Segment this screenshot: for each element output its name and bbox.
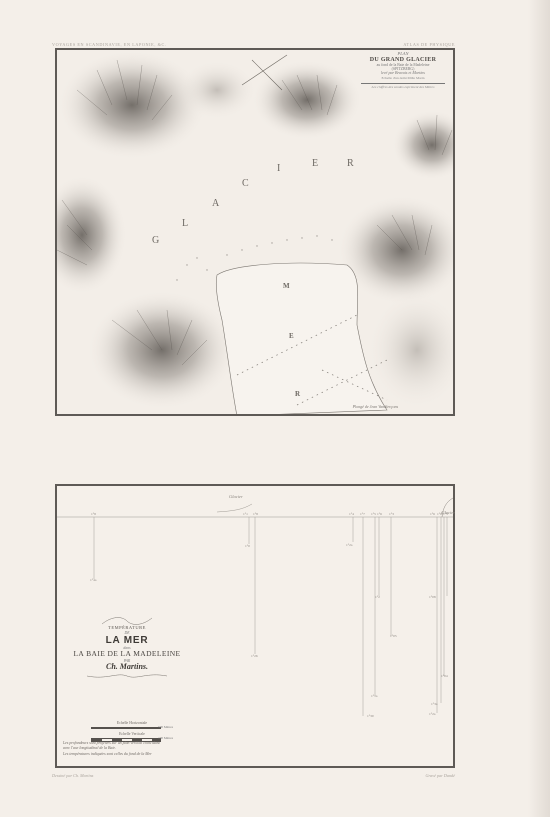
sounding-bottom-label: 1°05 — [390, 634, 397, 638]
diagram-notes: Les profondeurs sont projetées sur un pl… — [63, 741, 198, 757]
glacier-tag-top: Glacier — [229, 494, 243, 499]
sounding-surface-label: 1°5 — [443, 512, 448, 516]
note-line: Les températures indiquées sont celles d… — [63, 752, 198, 757]
sounding-surface-label: 1°6 — [377, 512, 382, 516]
diagram-scales: Echelle Horizontale 500 Mètres Echelle V… — [87, 721, 177, 743]
sounding-surface-label: 1°4 — [349, 512, 354, 516]
running-head-right: Atlas de physique — [403, 42, 455, 47]
map-caption: Plongé de Jean Vandierçons — [353, 404, 398, 409]
sounding-surface-label: 1°5 — [371, 512, 376, 516]
flourish-bottom-icon — [82, 672, 172, 680]
sounding-bottom-label: 1°0 — [245, 544, 250, 548]
sounding-surface-label: 1°7 — [360, 512, 365, 516]
sounding-bottom-label: 1°2a — [429, 712, 435, 716]
sounding-surface-label: 1°6 — [430, 512, 435, 516]
sounding-surface-label: 1°3 — [389, 512, 394, 516]
sounding-bottom-label: 1°4a — [90, 578, 96, 582]
title-author: Ch. Martins. — [72, 663, 182, 672]
sounding-surface-label: 1°8 — [91, 512, 96, 516]
running-head-left: Voyages en Scandinavie, en Laponie, &c. — [52, 42, 167, 47]
sounding-bottom-label: 1°1a — [371, 694, 377, 698]
cartouche-scale-label: Echelle d'un demi Mille Marin — [355, 77, 451, 81]
map-cartouche: PLAN DU GRAND GLACIER au fond de la Baie… — [355, 52, 451, 90]
map-terrain — [57, 50, 455, 416]
title-la-mer: LA MER — [72, 635, 182, 646]
sounding-bottom-label: 1°2 — [375, 595, 380, 599]
sounding-bottom-label: 1°04 — [441, 674, 448, 678]
sounding-surface-label: 1°8 — [253, 512, 258, 516]
footer-credit-right: Gravé par Dandé — [425, 773, 455, 778]
footer-credit-left: Dessiné par Ch. Martins — [52, 773, 93, 778]
title-baie: LA BAIE DE LA MADELEINE — [72, 650, 182, 658]
sounding-bottom-label: 1°2a — [346, 543, 352, 547]
sounding-bottom-label: 1°26 — [251, 654, 258, 658]
diagram-title-block: TEMPÉRATURE DE LA MER dans LA BAIE DE LA… — [72, 616, 182, 680]
temperature-diagram-panel: Glacier Glacier 1°8 1°1 1°8 1°4 1°7 1°5 … — [55, 484, 455, 768]
cartouche-authors: levé par Bravais et Martins — [355, 71, 451, 75]
glacier-map-panel: G L A C I E R M E R PLAN DU GRAND GLACIE… — [55, 48, 455, 416]
cartouche-scale-bar — [361, 83, 445, 84]
sounding-surface-label: 1°0 — [437, 512, 442, 516]
sounding-surface-label: 1°1 — [243, 512, 248, 516]
sounding-bottom-label: 1°3a — [431, 702, 437, 706]
horizontal-scale-bar: 500 Mètres — [91, 726, 173, 731]
sounding-bottom-label: 1°08 — [429, 595, 436, 599]
sounding-bottom-label: 1°30 — [367, 714, 374, 718]
cartouche-note: Les chiffres des sondes expriment des Mè… — [355, 86, 451, 90]
